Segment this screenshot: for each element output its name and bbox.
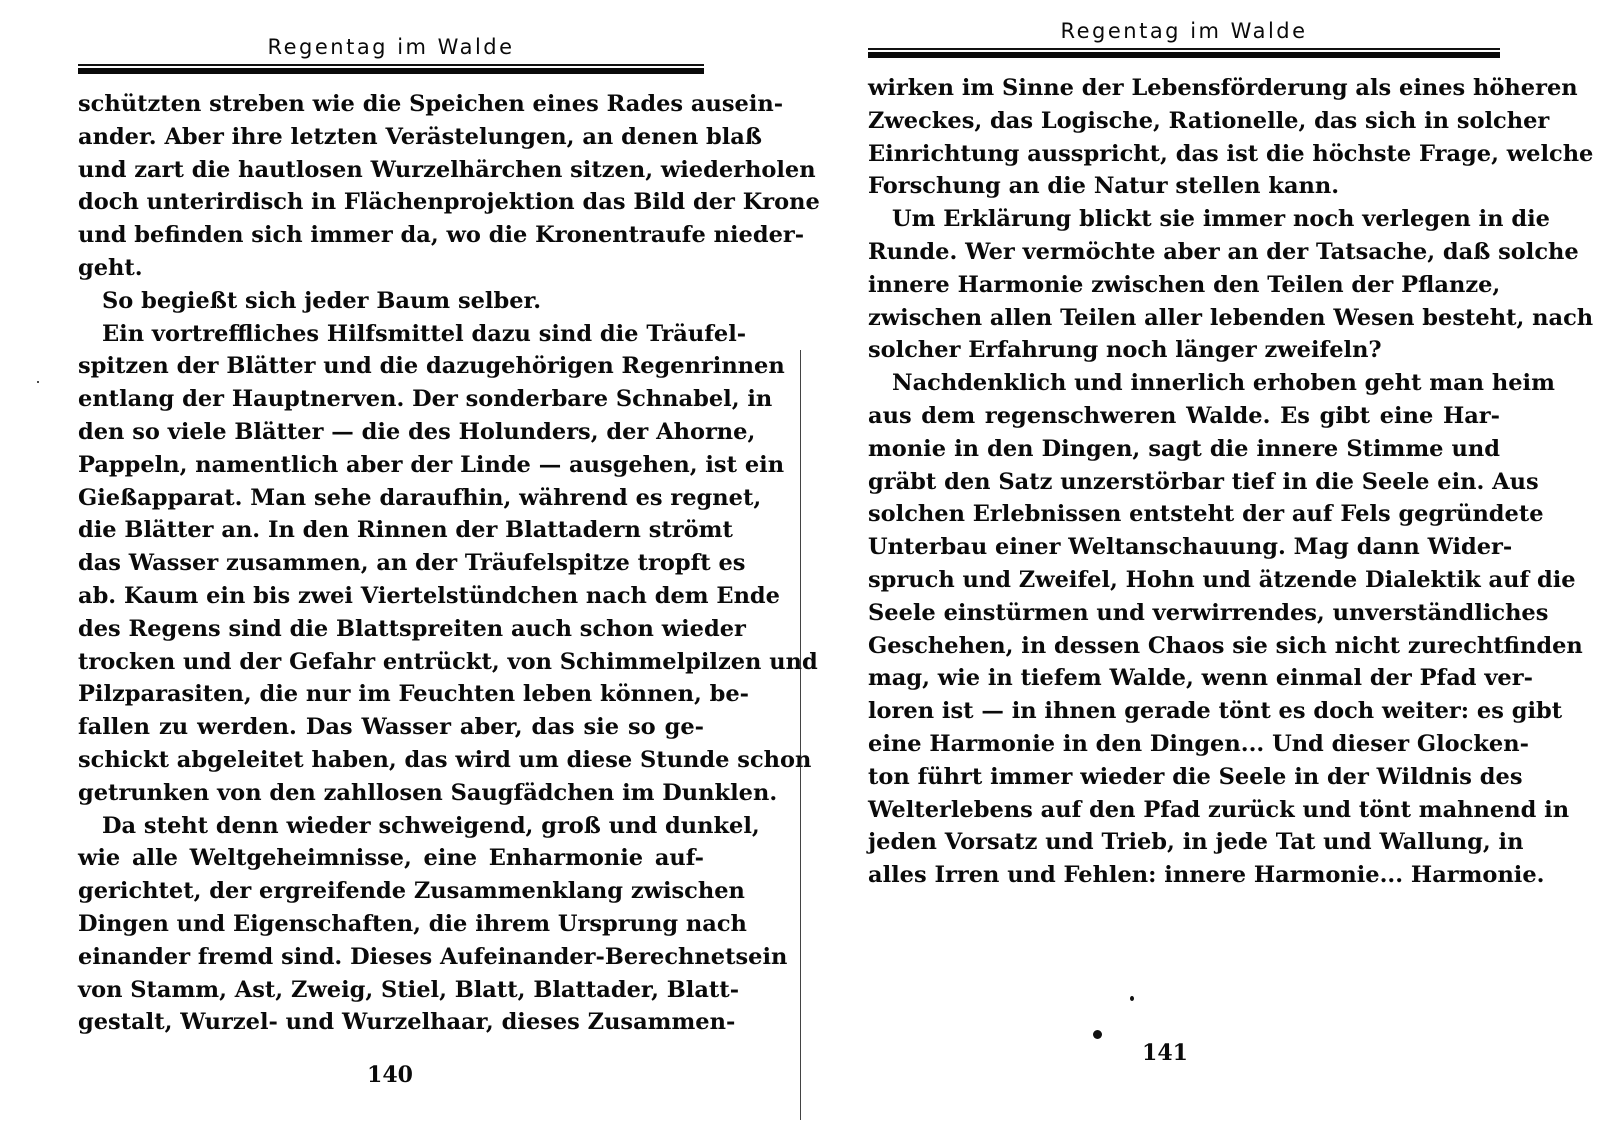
text-line: Pappeln, namentlich aber der Linde — aus…	[78, 449, 704, 482]
ink-speck	[1093, 1030, 1102, 1039]
text-line: gerichtet, der ergreifende Zusammenklang…	[78, 875, 704, 908]
page-number: 141	[1125, 1040, 1205, 1066]
text-line: Ein vortreffliches Hilfsmittel dazu sind…	[78, 318, 704, 351]
text-line: solchen Erlebnissen entsteht der auf Fel…	[868, 498, 1500, 531]
running-head: Regentag im Walde	[868, 16, 1500, 46]
text-line: trocken und der Gefahr entrückt, von Sch…	[78, 646, 704, 679]
text-line: ander. Aber ihre letzten Verästelungen, …	[78, 121, 704, 154]
text-line: Um Erklärung blickt sie immer noch verle…	[868, 203, 1500, 236]
text-line: fallen zu werden. Das Wasser aber, das s…	[78, 711, 704, 744]
page-number: 140	[350, 1062, 430, 1088]
text-line: Dingen und Eigenschaften, die ihrem Ursp…	[78, 908, 704, 941]
text-line: den so viele Blätter — die des Holunders…	[78, 416, 704, 449]
text-line: innere Harmonie zwischen den Teilen der …	[868, 269, 1500, 302]
text-line: und befinden sich immer da, wo die Krone…	[78, 219, 704, 252]
text-line: Forschung an die Natur stellen kann.	[868, 170, 1500, 203]
text-line: geht.	[78, 252, 704, 285]
ink-speck	[37, 381, 39, 383]
text-line: die Blätter an. In den Rinnen der Blatta…	[78, 514, 704, 547]
text-line: monie in den Dingen, sagt die innere Sti…	[868, 433, 1500, 466]
left-page: Regentag im Walde schützten streben wie …	[78, 0, 704, 1039]
text-line: Zweckes, das Logische, Rationelle, das s…	[868, 105, 1500, 138]
text-line: aus dem regenschweren Walde. Es gibt ein…	[868, 400, 1500, 433]
text-line: Seele einstürmen und verwirrendes, unver…	[868, 597, 1500, 630]
text-line: von Stamm, Ast, Zweig, Stiel, Blatt, Bla…	[78, 974, 704, 1007]
text-line: schickt abgeleitet haben, das wird um di…	[78, 744, 704, 777]
text-line: solcher Erfahrung noch länger zweifeln?	[868, 334, 1500, 367]
text-line: mag, wie in tiefem Walde, wenn einmal de…	[868, 662, 1500, 695]
text-line: des Regens sind die Blattspreiten auch s…	[78, 613, 704, 646]
text-line: spruch und Zweifel, Hohn und ätzende Dia…	[868, 564, 1500, 597]
body-text: wirken im Sinne der Lebensförderung als …	[868, 72, 1500, 892]
text-line: Einrichtung ausspricht, das ist die höch…	[868, 138, 1500, 171]
text-line: alles Irren und Fehlen: innere Harmonie.…	[868, 859, 1500, 892]
text-line: gestalt, Wurzel- und Wurzelhaar, dieses …	[78, 1006, 704, 1039]
text-line: Pilzparasiten, die nur im Feuchten leben…	[78, 678, 704, 711]
text-line: einander fremd sind. Dieses Aufeinander-…	[78, 941, 704, 974]
header-rule	[78, 64, 704, 74]
gutter-line	[800, 350, 801, 1120]
text-line: spitzen der Blätter und die dazugehörige…	[78, 350, 704, 383]
text-line: und zart die hautlosen Wurzelhärchen sit…	[78, 154, 704, 187]
text-line: zwischen allen Teilen aller lebenden Wes…	[868, 302, 1500, 335]
text-line: Welterlebens auf den Pfad zurück und tön…	[868, 794, 1500, 827]
text-line: loren ist — in ihnen gerade tönt es doch…	[868, 695, 1500, 728]
text-line: Unterbau einer Weltanschauung. Mag dann …	[868, 531, 1500, 564]
text-line: jeden Vorsatz und Trieb, in jede Tat und…	[868, 826, 1500, 859]
header-rule	[868, 48, 1500, 58]
text-line: eine Harmonie in den Dingen... Und diese…	[868, 728, 1500, 761]
text-line: entlang der Hauptnerven. Der sonderbare …	[78, 383, 704, 416]
text-line: ab. Kaum ein bis zwei Viertelstündchen n…	[78, 580, 704, 613]
text-line: gräbt den Satz unzerstörbar tief in die …	[868, 466, 1500, 499]
text-line: Nachdenklich und innerlich erhoben geht …	[868, 367, 1500, 400]
text-line: getrunken von den zahllosen Saugfädchen …	[78, 777, 704, 810]
right-page: Regentag im Walde wirken im Sinne der Le…	[868, 0, 1500, 892]
text-line: So begießt sich jeder Baum selber.	[78, 285, 704, 318]
header-rule-thick	[78, 68, 704, 74]
text-line: das Wasser zusammen, an der Träufelspitz…	[78, 547, 704, 580]
text-line: Runde. Wer vermöchte aber an der Tatsach…	[868, 236, 1500, 269]
header-rule-thick	[868, 52, 1500, 58]
header-rule-thin	[78, 64, 704, 66]
ink-speck	[1130, 996, 1134, 1001]
text-line: Gießapparat. Man sehe daraufhin, während…	[78, 482, 704, 515]
header-rule-thin	[868, 48, 1500, 50]
text-line: schützten streben wie die Speichen eines…	[78, 88, 704, 121]
text-line: doch unterirdisch in Flächenprojektion d…	[78, 186, 704, 219]
running-head: Regentag im Walde	[78, 32, 704, 62]
body-text: schützten streben wie die Speichen eines…	[78, 88, 704, 1039]
text-line: Da steht denn wieder schweigend, groß un…	[78, 810, 704, 843]
text-line: wirken im Sinne der Lebensförderung als …	[868, 72, 1500, 105]
text-line: Geschehen, in dessen Chaos sie sich nich…	[868, 630, 1500, 663]
text-line: ton führt immer wieder die Seele in der …	[868, 761, 1500, 794]
text-line: wie alle Weltgeheimnisse, eine Enharmoni…	[78, 842, 704, 875]
